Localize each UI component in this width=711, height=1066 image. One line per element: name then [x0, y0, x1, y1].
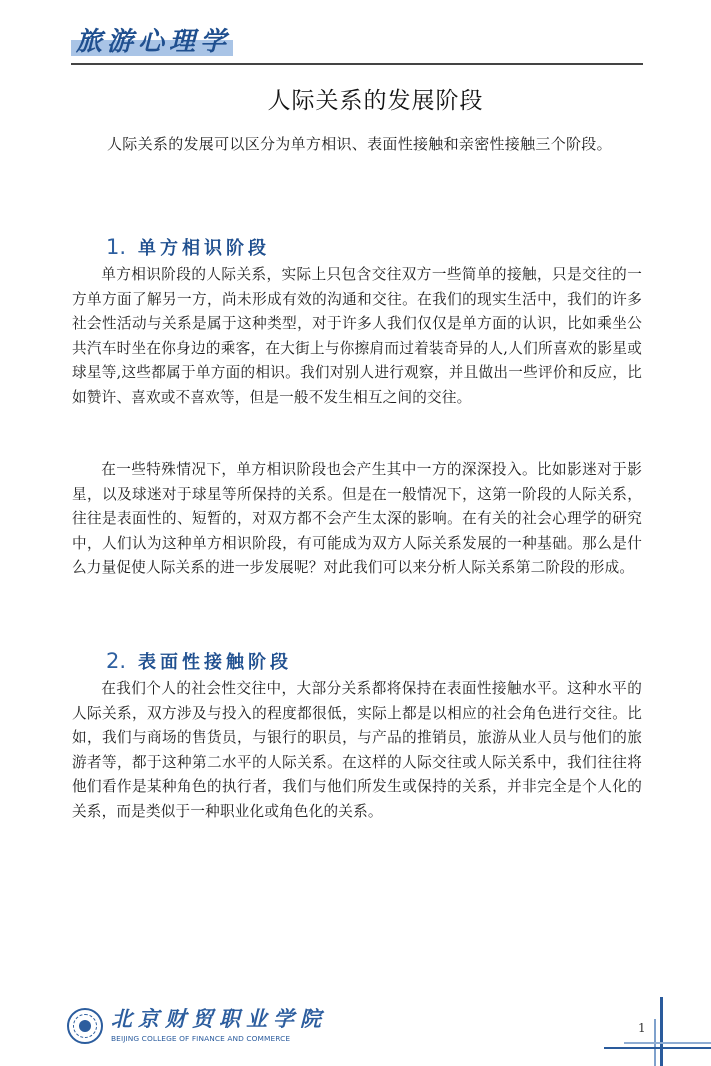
section-title: 表面性接触阶段 [138, 652, 292, 673]
section-number: 1. [106, 235, 126, 259]
section-title: 单方相识阶段 [138, 238, 270, 259]
intro-text: 人际关系的发展可以区分为单方相识、表面性接触和亲密性接触三个阶段。 [107, 131, 667, 157]
college-name-en: BEIJING COLLEGE OF FINANCE AND COMMERCE [111, 1034, 290, 1044]
header-divider [71, 63, 643, 65]
book-title: 旅游心理学 [76, 25, 231, 59]
paragraph: 单方相识阶段的人际关系，实际上只包含交往双方一些简单的接触，只是交往的一方单方面… [72, 263, 642, 411]
section-number: 2. [106, 649, 126, 673]
page-mark-line [624, 1042, 711, 1044]
college-seal-icon [67, 1008, 103, 1044]
section-heading-1: 1.单方相识阶段 [106, 233, 270, 261]
section-heading-2: 2.表面性接触阶段 [106, 647, 292, 675]
page-title: 人际关系的发展阶段 [0, 86, 711, 116]
paragraph: 在一些特殊情况下，单方相识阶段也会产生其中一方的深深投入。比如影迷对于影星，以及… [72, 458, 642, 581]
page-mark-line [604, 1047, 711, 1049]
page-mark-line [660, 997, 663, 1066]
college-name-cn: 北京财贸职业学院 [111, 1006, 327, 1032]
college-logo: 北京财贸职业学院 BEIJING COLLEGE OF FINANCE AND … [67, 1005, 307, 1055]
paragraph: 在我们个人的社会性交往中，大部分关系都将保持在表面性接触水平。这种水平的人际关系… [72, 677, 642, 825]
page-number: 1 [638, 1021, 646, 1035]
